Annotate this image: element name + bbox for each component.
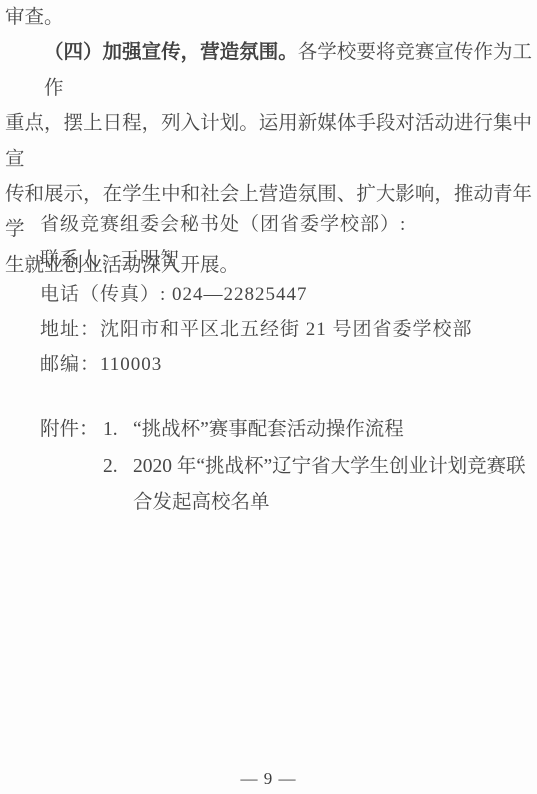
attachment-2-title-line1: 2020 年“挑战杯”辽宁省大学生创业计划竞赛联: [133, 449, 532, 486]
attachment-1-title: “挑战杯”赛事配套活动操作流程: [133, 412, 532, 449]
section4-heading: （四）加强宣传，营造氛围。: [44, 42, 298, 63]
section4-line1: （四）加强宣传，营造氛围。各学校要将竞赛宣传作为工作: [5, 35, 532, 106]
contact-postcode: 邮编：110003: [40, 347, 473, 382]
attachment-item-1: 附件： 1. “挑战杯”赛事配套活动操作流程: [40, 412, 532, 449]
page-number: — 9 —: [0, 766, 537, 792]
attachment-2-title-line2: 合发起高校名单: [133, 485, 532, 522]
paragraph-end-line: 审查。: [5, 0, 532, 35]
attachment-item-2: 2. 2020 年“挑战杯”辽宁省大学生创业计划竞赛联 合发起高校名单: [40, 449, 532, 522]
attachments-block: 附件： 1. “挑战杯”赛事配套活动操作流程 2. 2020 年“挑战杯”辽宁省…: [40, 412, 532, 522]
contact-address: 地址：沈阳市和平区北五经街 21 号团省委学校部: [40, 312, 473, 347]
contact-block: 省级竞赛组委会秘书处（团省委学校部）: 联系人：王明智 电话（传真）: 024—…: [40, 207, 473, 382]
contact-person: 联系人：王明智: [40, 242, 473, 277]
attachments-label: 附件：: [40, 412, 103, 449]
contact-secretariat: 省级竞赛组委会秘书处（团省委学校部）:: [40, 207, 473, 242]
attachment-1-number: 1.: [103, 412, 133, 449]
section4-line2: 重点，摆上日程，列入计划。运用新媒体手段对活动进行集中宣: [5, 106, 532, 177]
contact-phone: 电话（传真）: 024—22825447: [40, 277, 473, 312]
document-page: 审查。 （四）加强宣传，营造氛围。各学校要将竞赛宣传作为工作 重点，摆上日程，列…: [0, 0, 537, 794]
attachment-2-number: 2.: [103, 449, 133, 486]
attachment-2-title: 2020 年“挑战杯”辽宁省大学生创业计划竞赛联 合发起高校名单: [133, 449, 532, 522]
